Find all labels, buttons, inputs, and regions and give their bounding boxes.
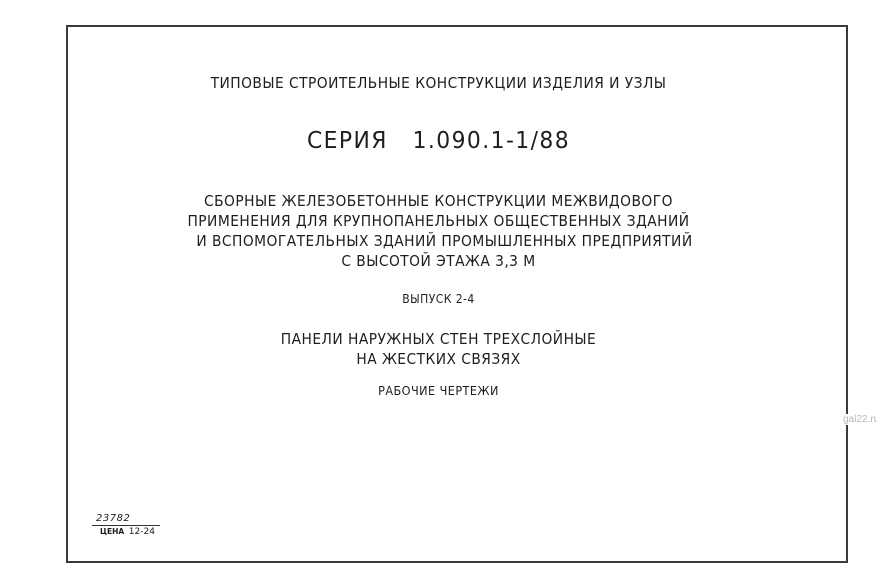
price: ЦЕНА 12-24 <box>92 527 162 537</box>
watermark: gal22.ru <box>842 414 877 425</box>
series-label: СЕРИЯ <box>307 128 388 154</box>
series-number: 1.090.1-1/88 <box>413 128 570 154</box>
series-title: СЕРИЯ1.090.1-1/88 <box>22 128 855 154</box>
description-line-2: ПРИМЕНЕНИЯ ДЛЯ КРУПНОПАНЕЛЬНЫХ ОБЩЕСТВЕН… <box>35 212 842 230</box>
stamp-divider <box>92 525 160 526</box>
inventory-stamp: 23782 ЦЕНА 12-24 <box>92 513 162 537</box>
subject-line-2: НА ЖЕСТКИХ СВЯЗЯХ <box>35 350 842 368</box>
issue-number: ВЫПУСК 2-4 <box>44 292 833 306</box>
drawing-type: РАБОЧИЕ ЧЕРТЕЖИ <box>44 383 833 398</box>
price-value: 12-24 <box>129 527 155 537</box>
description-line-1: СБОРНЫЕ ЖЕЛЕЗОБЕТОННЫЕ КОНСТРУКЦИИ МЕЖВИ… <box>35 192 842 210</box>
description-line-3: И ВСПОМОГАТЕЛЬНЫХ ЗДАНИЙ ПРОМЫШЛЕННЫХ ПР… <box>41 232 848 250</box>
description-line-4: С ВЫСОТОЙ ЭТАЖА 3,3 М <box>35 252 842 270</box>
price-label: ЦЕНА <box>100 527 124 536</box>
inventory-number: 23782 <box>92 513 162 524</box>
subject-line-1: ПАНЕЛИ НАРУЖНЫХ СТЕН ТРЕХСЛОЙНЫЕ <box>35 330 842 348</box>
document-header: ТИПОВЫЕ СТРОИТЕЛЬНЫЕ КОНСТРУКЦИИ ИЗДЕЛИЯ… <box>35 74 842 92</box>
